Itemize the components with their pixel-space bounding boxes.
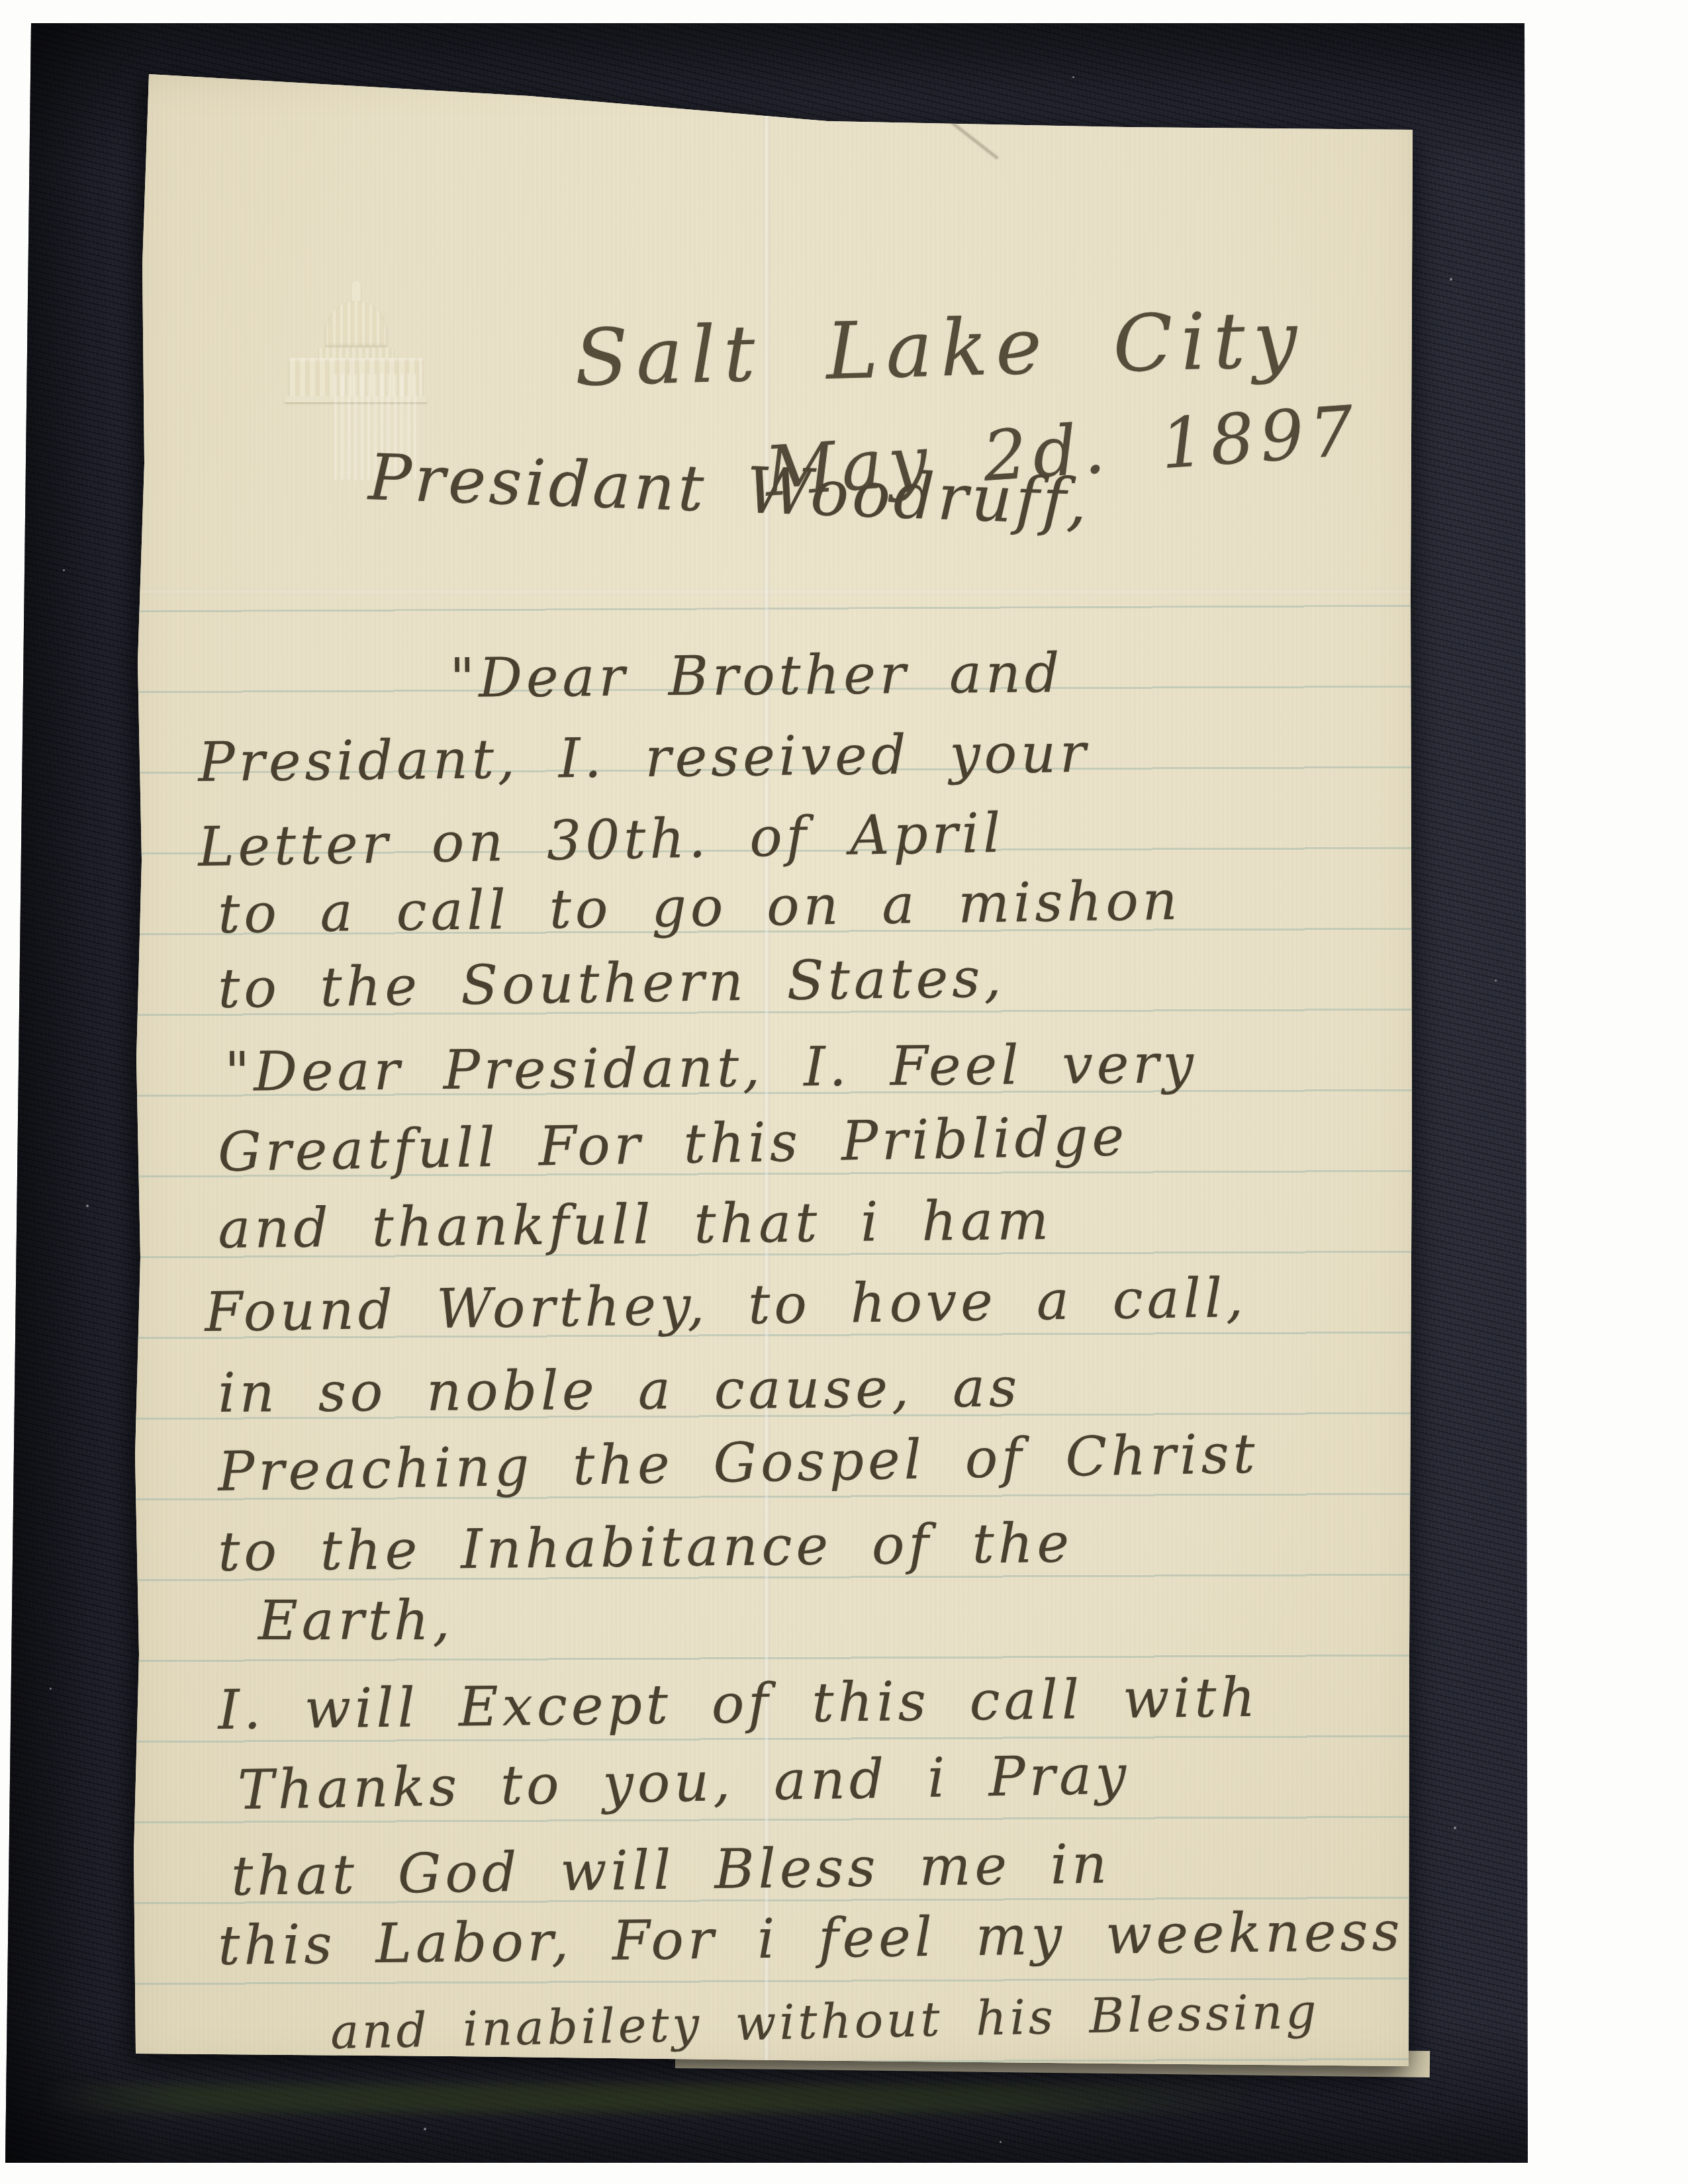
heading-place: Salt Lake City: [573, 293, 1306, 404]
handwriting-line: Earth,: [258, 1590, 454, 1653]
handwriting-layer: Salt Lake City May 2d. 1897 Presidant Wo…: [119, 66, 1430, 2078]
dust-speck: [86, 1205, 89, 1207]
handwriting-line: in so noble a cause, as: [218, 1357, 1021, 1425]
handwriting-line: this Labor, For i feel my weekness: [218, 1900, 1404, 1978]
handwriting-line: to the Southern States,: [218, 946, 1006, 1021]
dust-speck: [1000, 2141, 1002, 2143]
handwriting-line: to a call to go on a mishon: [218, 870, 1182, 946]
paper-sheet: Salt Lake City May 2d. 1897 Presidant Wo…: [119, 66, 1430, 2078]
letter-paper: Salt Lake City May 2d. 1897 Presidant Wo…: [119, 66, 1430, 2078]
handwriting-line: and thankfull that i ham: [218, 1189, 1053, 1261]
handwriting-line: "Dear Presidant, I. Feel very: [224, 1032, 1197, 1104]
handwriting-line: Preaching the Gospel of Christ: [217, 1423, 1259, 1504]
dust-speck: [50, 1688, 52, 1690]
handwriting-line: and inabilety without his Blessing: [330, 1983, 1320, 2060]
handwriting-line: Presidant, I. reseived your: [198, 722, 1090, 794]
handwriting-line: to the Inhabitance of the: [218, 1512, 1074, 1584]
handwriting-line: "Dear Brother and: [449, 642, 1064, 710]
handwriting-line: Thanks to you, and i Pray: [237, 1743, 1131, 1822]
handwriting-line: that God will Bless me in: [231, 1833, 1111, 1908]
handwriting-line: Greatfull For this Priblidge: [217, 1105, 1128, 1184]
dust-speck: [1495, 979, 1497, 981]
handwriting-line: Letter on 30th. of April: [197, 802, 1005, 879]
dust-speck: [1450, 278, 1452, 281]
handwriting-line: I. will Except of this call with: [218, 1666, 1260, 1742]
green-streak-artifact: [40, 2083, 1258, 2113]
dust-speck: [1454, 1827, 1456, 1829]
dust-speck: [424, 2128, 426, 2130]
scanned-letter-page: Salt Lake City May 2d. 1897 Presidant Wo…: [0, 0, 1688, 2184]
handwriting-line: Found Worthey, to hove a call,: [205, 1267, 1248, 1344]
dust-speck: [63, 569, 65, 571]
